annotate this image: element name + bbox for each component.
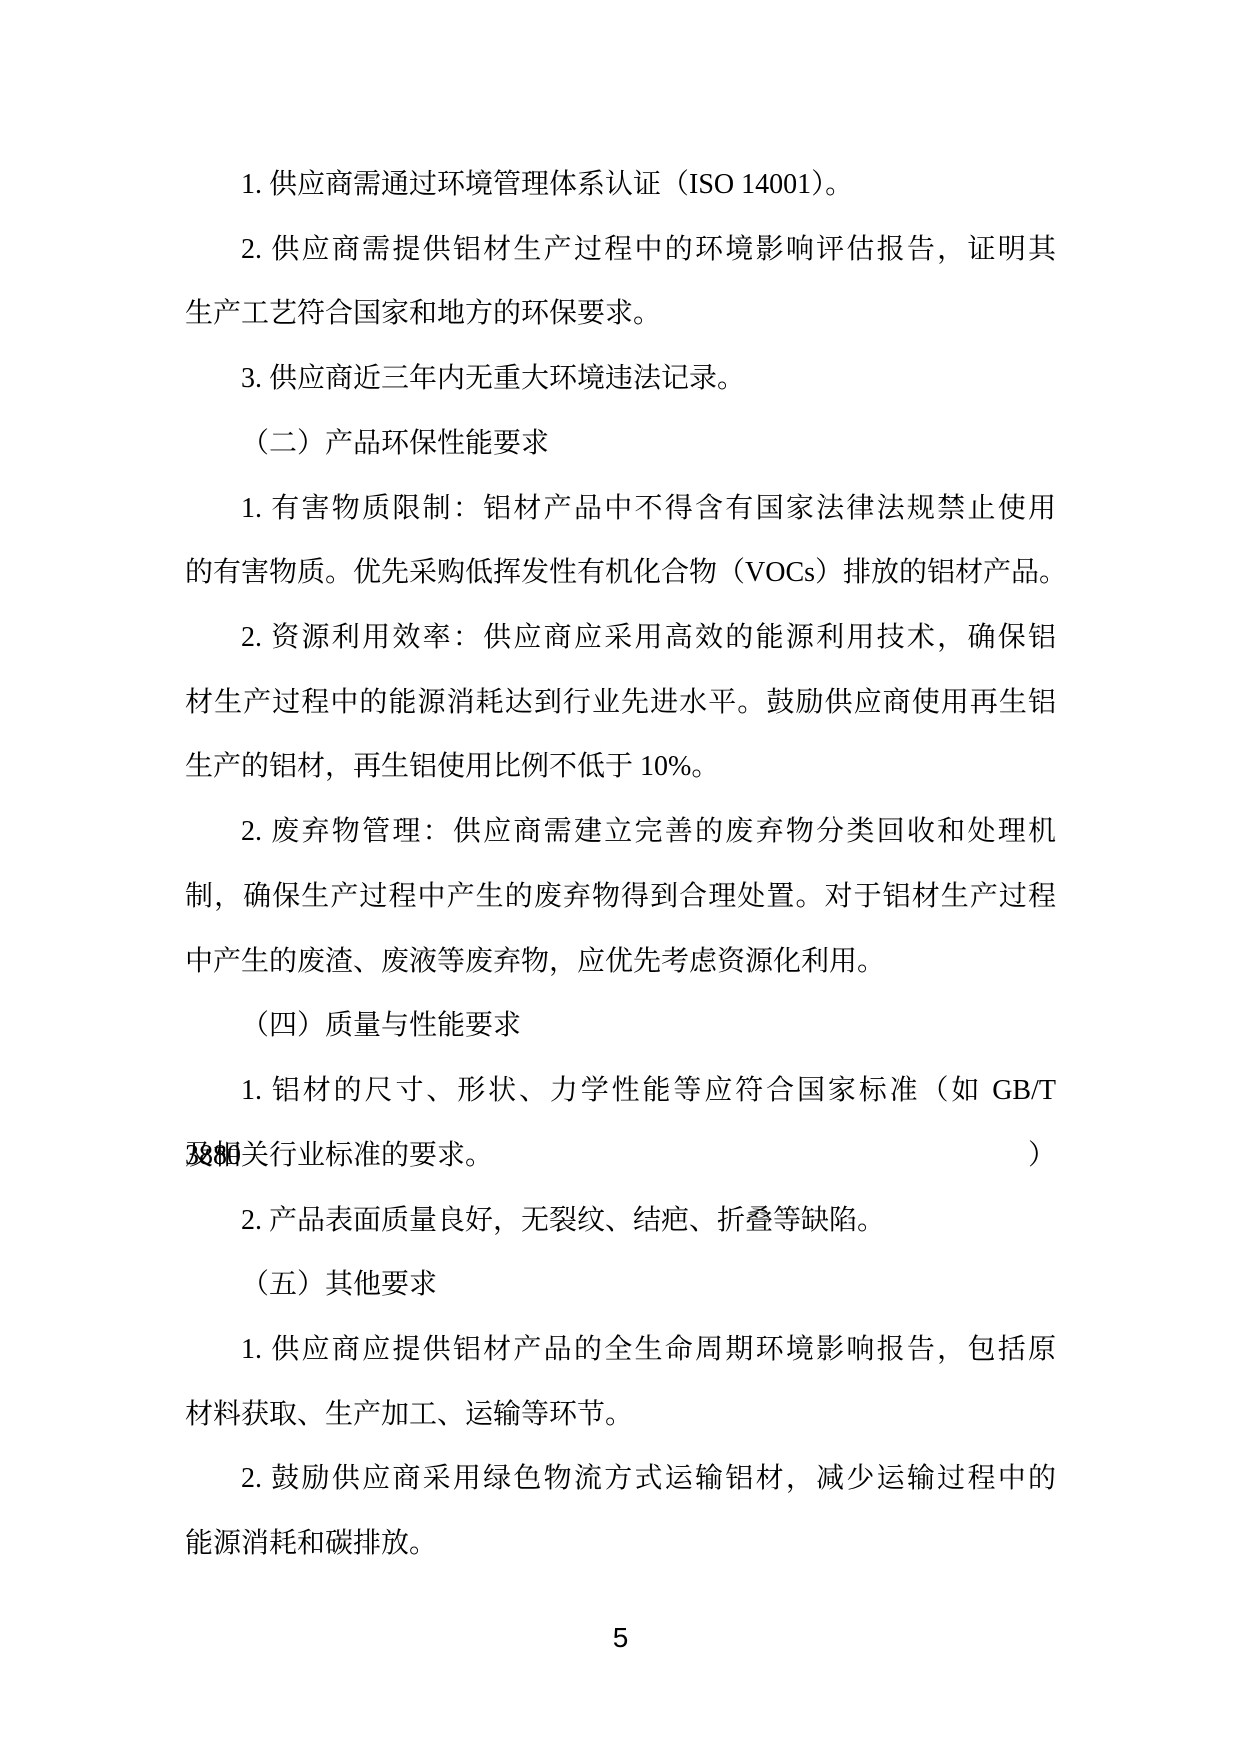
section-heading: （四）质量与性能要求 [185,994,1056,1059]
list-item-line: 3. 供应商近三年内无重大环境违法记录。 [185,347,1056,412]
page-number: 5 [0,1622,1241,1654]
list-item-line: 2. 资源利用效率：供应商应采用高效的能源利用技术，确保铝 [185,606,1056,671]
body-line: 能源消耗和碳排放。 [185,1512,1056,1577]
body-line: 制，确保生产过程中产生的废弃物得到合理处置。对于铝材生产过程 [185,865,1056,930]
list-item-line: 1. 供应商需通过环境管理体系认证（ISO 14001）。 [185,153,1056,218]
document-page: 1. 供应商需通过环境管理体系认证（ISO 14001）。 2. 供应商需提供铝… [0,0,1241,1754]
document-body: 1. 供应商需通过环境管理体系认证（ISO 14001）。 2. 供应商需提供铝… [185,153,1056,1577]
section-heading: （二）产品环保性能要求 [185,412,1056,477]
body-line: 材料获取、生产加工、运输等环节。 [185,1383,1056,1448]
body-line: 的有害物质。优先采购低挥发性有机化合物（VOCs）排放的铝材产品。 [185,541,1056,606]
list-item-line: 2. 废弃物管理：供应商需建立完善的废弃物分类回收和处理机 [185,800,1056,865]
list-item-line: 1. 供应商应提供铝材产品的全生命周期环境影响报告，包括原 [185,1318,1056,1383]
list-item-line: 1. 有害物质限制：铝材产品中不得含有国家法律法规禁止使用 [185,477,1056,542]
section-heading: （五）其他要求 [185,1253,1056,1318]
body-line: 生产的铝材，再生铝使用比例不低于 10%。 [185,735,1056,800]
list-item-line: 1. 铝材的尺寸、形状、力学性能等应符合国家标准（如 GB/T 3880） [185,1059,1056,1124]
list-item-line: 2. 鼓励供应商采用绿色物流方式运输铝材，减少运输过程中的 [185,1447,1056,1512]
body-line: 生产工艺符合国家和地方的环保要求。 [185,282,1056,347]
list-item-line: 2. 供应商需提供铝材生产过程中的环境影响评估报告，证明其 [185,218,1056,283]
body-line: 材生产过程中的能源消耗达到行业先进水平。鼓励供应商使用再生铝 [185,671,1056,736]
list-item-line: 2. 产品表面质量良好，无裂纹、结疤、折叠等缺陷。 [185,1189,1056,1254]
body-line: 中产生的废渣、废液等废弃物，应优先考虑资源化利用。 [185,930,1056,995]
